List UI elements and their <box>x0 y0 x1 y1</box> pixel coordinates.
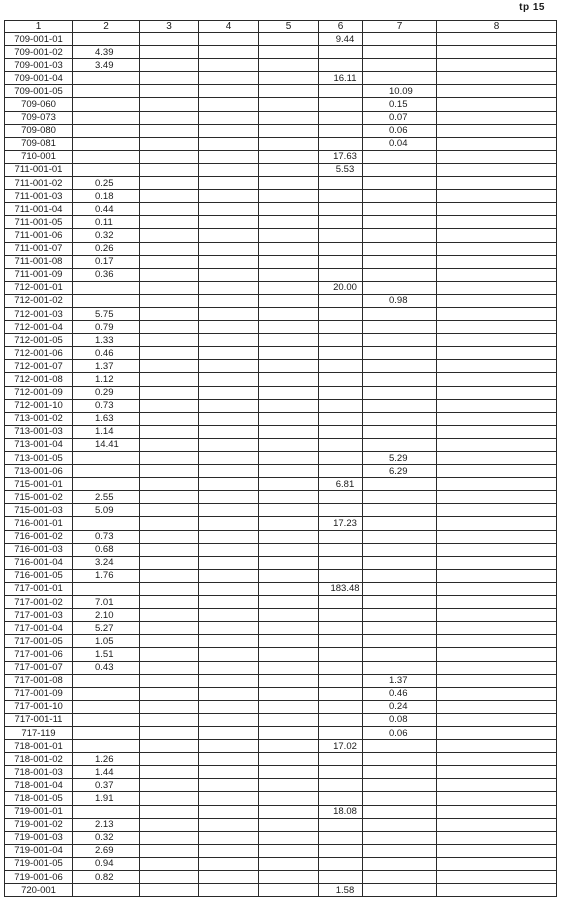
value-cell-col-8 <box>437 740 557 753</box>
value-cell-col-3 <box>140 150 199 163</box>
value-cell-col-4 <box>199 465 259 478</box>
value-cell-col-2: 1.12 <box>73 373 140 386</box>
value-cell-col-4 <box>199 674 259 687</box>
table-row: 712-001-020.98 <box>5 294 557 307</box>
value-cell-col-6: 16.11 <box>319 72 363 85</box>
value-cell-col-4 <box>199 281 259 294</box>
value-cell-col-3 <box>140 465 199 478</box>
value-cell-col-7 <box>363 203 437 216</box>
value-cell-col-6 <box>319 556 363 569</box>
value-cell-col-3 <box>140 347 199 360</box>
table-row: 719-001-030.32 <box>5 831 557 844</box>
table-row: 713-001-0414.41 <box>5 438 557 451</box>
row-code-cell: 719-001-03 <box>5 831 73 844</box>
value-cell-col-2: 2.13 <box>73 818 140 831</box>
row-code-cell: 719-001-05 <box>5 857 73 870</box>
value-cell-col-5 <box>259 517 319 530</box>
value-cell-col-5 <box>259 726 319 739</box>
value-cell-col-3 <box>140 687 199 700</box>
value-cell-col-8 <box>437 884 557 897</box>
value-cell-col-2: 0.37 <box>73 779 140 792</box>
value-cell-col-8 <box>437 177 557 190</box>
value-cell-col-3 <box>140 321 199 334</box>
value-cell-col-5 <box>259 59 319 72</box>
value-cell-col-3 <box>140 452 199 465</box>
row-code-cell: 712-001-03 <box>5 307 73 320</box>
value-cell-col-8 <box>437 818 557 831</box>
value-cell-col-7: 6.29 <box>363 465 437 478</box>
value-cell-col-8 <box>437 33 557 46</box>
row-code-cell: 712-001-10 <box>5 399 73 412</box>
table-row: 712-001-0120.00 <box>5 281 557 294</box>
table-row: 717-001-090.46 <box>5 687 557 700</box>
value-cell-col-5 <box>259 792 319 805</box>
value-cell-col-7 <box>363 373 437 386</box>
value-cell-col-6 <box>319 412 363 425</box>
value-cell-col-7 <box>363 216 437 229</box>
value-cell-col-7 <box>363 334 437 347</box>
row-code-cell: 715-001-01 <box>5 478 73 491</box>
table-row: 718-001-031.44 <box>5 766 557 779</box>
value-cell-col-2: 3.24 <box>73 556 140 569</box>
value-cell-col-5 <box>259 294 319 307</box>
value-cell-col-6 <box>319 871 363 884</box>
value-cell-col-7 <box>363 163 437 176</box>
value-cell-col-3 <box>140 726 199 739</box>
value-cell-col-5 <box>259 98 319 111</box>
value-cell-col-7 <box>363 884 437 897</box>
row-code-cell: 717-001-03 <box>5 609 73 622</box>
value-cell-col-3 <box>140 556 199 569</box>
row-code-cell: 718-001-01 <box>5 740 73 753</box>
table-row: 713-001-055.29 <box>5 452 557 465</box>
table-row: 716-001-020.73 <box>5 530 557 543</box>
value-cell-col-2: 1.91 <box>73 792 140 805</box>
value-cell-col-2: 0.44 <box>73 203 140 216</box>
row-code-cell: 712-001-09 <box>5 386 73 399</box>
column-header-4: 4 <box>199 21 259 33</box>
value-cell-col-3 <box>140 373 199 386</box>
value-cell-col-5 <box>259 805 319 818</box>
value-cell-col-2: 0.11 <box>73 216 140 229</box>
value-cell-col-3 <box>140 844 199 857</box>
value-cell-col-3 <box>140 648 199 661</box>
value-cell-col-6 <box>319 386 363 399</box>
value-cell-col-5 <box>259 386 319 399</box>
value-cell-col-2 <box>73 805 140 818</box>
value-cell-col-3 <box>140 386 199 399</box>
value-cell-col-6 <box>319 687 363 700</box>
table-row: 712-001-071.37 <box>5 360 557 373</box>
value-cell-col-6 <box>319 713 363 726</box>
value-cell-col-7 <box>363 72 437 85</box>
row-code-cell: 717-001-04 <box>5 622 73 635</box>
value-cell-col-4 <box>199 818 259 831</box>
value-cell-col-7 <box>363 360 437 373</box>
value-cell-col-6: 6.81 <box>319 478 363 491</box>
value-cell-col-8 <box>437 255 557 268</box>
value-cell-col-2 <box>73 465 140 478</box>
table-row: 717-001-027.01 <box>5 596 557 609</box>
value-cell-col-7 <box>363 46 437 59</box>
table-row: 711-001-080.17 <box>5 255 557 268</box>
value-cell-col-5 <box>259 687 319 700</box>
value-cell-col-7: 0.04 <box>363 137 437 150</box>
value-cell-col-8 <box>437 857 557 870</box>
value-cell-col-7 <box>363 857 437 870</box>
value-cell-col-5 <box>259 229 319 242</box>
value-cell-col-6 <box>319 766 363 779</box>
value-cell-col-6 <box>319 452 363 465</box>
table-row: 719-001-022.13 <box>5 818 557 831</box>
table-row: 709-0730.07 <box>5 111 557 124</box>
value-cell-col-7: 0.08 <box>363 713 437 726</box>
table-row: 711-001-030.18 <box>5 190 557 203</box>
value-cell-col-5 <box>259 321 319 334</box>
value-cell-col-8 <box>437 281 557 294</box>
value-cell-col-7: 0.06 <box>363 726 437 739</box>
value-cell-col-6 <box>319 818 363 831</box>
value-cell-col-4 <box>199 386 259 399</box>
row-code-cell: 717-001-09 <box>5 687 73 700</box>
value-cell-col-8 <box>437 203 557 216</box>
value-cell-col-4 <box>199 255 259 268</box>
value-cell-col-2 <box>73 163 140 176</box>
value-cell-col-8 <box>437 229 557 242</box>
value-cell-col-4 <box>199 491 259 504</box>
table-row: 718-001-051.91 <box>5 792 557 805</box>
value-cell-col-8 <box>437 491 557 504</box>
value-cell-col-8 <box>437 609 557 622</box>
row-code-cell: 709-080 <box>5 124 73 137</box>
value-cell-col-6 <box>319 530 363 543</box>
value-cell-col-6 <box>319 59 363 72</box>
value-cell-col-8 <box>437 347 557 360</box>
row-code-cell: 709-081 <box>5 137 73 150</box>
value-cell-col-6 <box>319 177 363 190</box>
value-cell-col-5 <box>259 255 319 268</box>
value-cell-col-5 <box>259 33 319 46</box>
row-code-cell: 712-001-06 <box>5 347 73 360</box>
table-row: 717-001-061.51 <box>5 648 557 661</box>
value-cell-col-2 <box>73 150 140 163</box>
value-cell-col-7 <box>363 831 437 844</box>
value-cell-col-7: 0.98 <box>363 294 437 307</box>
value-cell-col-3 <box>140 111 199 124</box>
row-code-cell: 712-001-08 <box>5 373 73 386</box>
value-cell-col-5 <box>259 425 319 438</box>
row-code-cell: 711-001-05 <box>5 216 73 229</box>
table-row: 719-001-060.82 <box>5 871 557 884</box>
table-row: 715-001-022.55 <box>5 491 557 504</box>
value-cell-col-5 <box>259 478 319 491</box>
value-cell-col-4 <box>199 596 259 609</box>
value-cell-col-6 <box>319 46 363 59</box>
value-cell-col-3 <box>140 517 199 530</box>
value-cell-col-4 <box>199 543 259 556</box>
value-cell-col-3 <box>140 412 199 425</box>
value-cell-col-8 <box>437 46 557 59</box>
table-row: 716-001-030.68 <box>5 543 557 556</box>
value-cell-col-6: 18.08 <box>319 805 363 818</box>
value-cell-col-2: 0.25 <box>73 177 140 190</box>
value-cell-col-2: 1.51 <box>73 648 140 661</box>
value-cell-col-2 <box>73 111 140 124</box>
table-row: 717-001-110.08 <box>5 713 557 726</box>
value-cell-col-5 <box>259 530 319 543</box>
value-cell-col-3 <box>140 190 199 203</box>
value-cell-col-6 <box>319 111 363 124</box>
value-cell-col-8 <box>437 124 557 137</box>
row-code-cell: 717-001-01 <box>5 582 73 595</box>
value-cell-col-3 <box>140 569 199 582</box>
table-row: 715-001-035.09 <box>5 504 557 517</box>
value-cell-col-8 <box>437 805 557 818</box>
value-cell-col-5 <box>259 360 319 373</box>
value-cell-col-5 <box>259 399 319 412</box>
value-cell-col-4 <box>199 661 259 674</box>
row-code-cell: 717-001-11 <box>5 713 73 726</box>
value-cell-col-6 <box>319 294 363 307</box>
value-cell-col-2 <box>73 281 140 294</box>
table-row: 709-001-033.49 <box>5 59 557 72</box>
value-cell-col-7: 5.29 <box>363 452 437 465</box>
value-cell-col-6 <box>319 792 363 805</box>
row-code-cell: 718-001-04 <box>5 779 73 792</box>
row-code-cell: 710-001 <box>5 150 73 163</box>
value-cell-col-7: 0.06 <box>363 124 437 137</box>
value-cell-col-8 <box>437 72 557 85</box>
column-header-8: 8 <box>437 21 557 33</box>
value-cell-col-3 <box>140 307 199 320</box>
value-cell-col-4 <box>199 203 259 216</box>
value-cell-col-4 <box>199 111 259 124</box>
value-cell-col-3 <box>140 831 199 844</box>
column-header-1: 1 <box>5 21 73 33</box>
page-number: tp 15 <box>519 2 545 13</box>
value-cell-col-3 <box>140 805 199 818</box>
value-cell-col-4 <box>199 72 259 85</box>
value-cell-col-5 <box>259 281 319 294</box>
value-cell-col-8 <box>437 137 557 150</box>
value-cell-col-8 <box>437 661 557 674</box>
value-cell-col-7 <box>363 321 437 334</box>
value-cell-col-2: 7.01 <box>73 596 140 609</box>
value-cell-col-4 <box>199 530 259 543</box>
value-cell-col-4 <box>199 700 259 713</box>
value-cell-col-4 <box>199 307 259 320</box>
row-code-cell: 713-001-02 <box>5 412 73 425</box>
table-row: 711-001-050.11 <box>5 216 557 229</box>
table-row: 709-001-019.44 <box>5 33 557 46</box>
value-cell-col-3 <box>140 438 199 451</box>
value-cell-col-8 <box>437 242 557 255</box>
table-row: 718-001-040.37 <box>5 779 557 792</box>
value-cell-col-5 <box>259 569 319 582</box>
value-cell-col-8 <box>437 582 557 595</box>
row-code-cell: 717-001-02 <box>5 596 73 609</box>
value-cell-col-4 <box>199 779 259 792</box>
row-code-cell: 712-001-01 <box>5 281 73 294</box>
table-row: 709-0600.15 <box>5 98 557 111</box>
value-cell-col-7 <box>363 792 437 805</box>
value-cell-col-5 <box>259 753 319 766</box>
value-cell-col-6 <box>319 491 363 504</box>
value-cell-col-6 <box>319 569 363 582</box>
value-cell-col-7: 10.09 <box>363 85 437 98</box>
value-cell-col-7 <box>363 582 437 595</box>
value-cell-col-8 <box>437 596 557 609</box>
value-cell-col-8 <box>437 268 557 281</box>
value-cell-col-3 <box>140 177 199 190</box>
column-header-5: 5 <box>259 21 319 33</box>
value-cell-col-6: 5.53 <box>319 163 363 176</box>
row-code-cell: 717-001-07 <box>5 661 73 674</box>
value-cell-col-7 <box>363 543 437 556</box>
row-code-cell: 716-001-04 <box>5 556 73 569</box>
value-cell-col-4 <box>199 46 259 59</box>
value-cell-col-7 <box>363 386 437 399</box>
value-cell-col-7 <box>363 33 437 46</box>
table-row: 711-001-090.36 <box>5 268 557 281</box>
row-code-cell: 713-001-04 <box>5 438 73 451</box>
value-cell-col-3 <box>140 884 199 897</box>
value-cell-col-5 <box>259 713 319 726</box>
value-cell-col-3 <box>140 268 199 281</box>
value-cell-col-4 <box>199 425 259 438</box>
row-code-cell: 711-001-03 <box>5 190 73 203</box>
value-cell-col-5 <box>259 72 319 85</box>
ledger-body: 709-001-019.44709-001-024.39709-001-033.… <box>5 33 557 897</box>
value-cell-col-2: 1.14 <box>73 425 140 438</box>
value-cell-col-2: 5.75 <box>73 307 140 320</box>
value-cell-col-2: 0.17 <box>73 255 140 268</box>
row-code-cell: 712-001-02 <box>5 294 73 307</box>
value-cell-col-8 <box>437 438 557 451</box>
value-cell-col-2: 2.69 <box>73 844 140 857</box>
row-code-cell: 711-001-07 <box>5 242 73 255</box>
table-row: 712-001-100.73 <box>5 399 557 412</box>
row-code-cell: 718-001-05 <box>5 792 73 805</box>
value-cell-col-6 <box>319 307 363 320</box>
value-cell-col-8 <box>437 111 557 124</box>
row-code-cell: 713-001-05 <box>5 452 73 465</box>
row-code-cell: 709-001-01 <box>5 33 73 46</box>
row-code-cell: 711-001-06 <box>5 229 73 242</box>
value-cell-col-3 <box>140 294 199 307</box>
value-cell-col-5 <box>259 150 319 163</box>
value-cell-col-5 <box>259 46 319 59</box>
table-row: 717-001-100.24 <box>5 700 557 713</box>
value-cell-col-3 <box>140 46 199 59</box>
value-cell-col-8 <box>437 713 557 726</box>
row-code-cell: 712-001-04 <box>5 321 73 334</box>
value-cell-col-2: 0.26 <box>73 242 140 255</box>
value-cell-col-8 <box>437 163 557 176</box>
table-row: 712-001-040.79 <box>5 321 557 334</box>
value-cell-col-4 <box>199 347 259 360</box>
row-code-cell: 715-001-03 <box>5 504 73 517</box>
value-cell-col-2 <box>73 85 140 98</box>
value-cell-col-8 <box>437 360 557 373</box>
value-cell-col-6 <box>319 635 363 648</box>
value-cell-col-5 <box>259 504 319 517</box>
value-cell-col-5 <box>259 740 319 753</box>
value-cell-col-4 <box>199 713 259 726</box>
value-cell-col-6 <box>319 674 363 687</box>
value-cell-col-6: 17.63 <box>319 150 363 163</box>
ledger-table: 12345678 709-001-019.44709-001-024.39709… <box>4 20 557 897</box>
value-cell-col-8 <box>437 150 557 163</box>
row-code-cell: 711-001-01 <box>5 163 73 176</box>
value-cell-col-8 <box>437 517 557 530</box>
value-cell-col-2: 0.73 <box>73 399 140 412</box>
value-cell-col-7 <box>363 504 437 517</box>
table-row: 711-001-015.53 <box>5 163 557 176</box>
value-cell-col-5 <box>259 465 319 478</box>
table-row: 711-001-060.32 <box>5 229 557 242</box>
value-cell-col-7: 0.07 <box>363 111 437 124</box>
row-code-cell: 719-001-06 <box>5 871 73 884</box>
value-cell-col-3 <box>140 779 199 792</box>
table-row: 717-1190.06 <box>5 726 557 739</box>
value-cell-col-5 <box>259 674 319 687</box>
value-cell-col-3 <box>140 72 199 85</box>
value-cell-col-8 <box>437 779 557 792</box>
table-row: 709-001-0416.11 <box>5 72 557 85</box>
value-cell-col-8 <box>437 307 557 320</box>
value-cell-col-2: 2.55 <box>73 491 140 504</box>
row-code-cell: 709-001-02 <box>5 46 73 59</box>
row-code-cell: 718-001-03 <box>5 766 73 779</box>
table-row: 719-001-0118.08 <box>5 805 557 818</box>
value-cell-col-5 <box>259 216 319 229</box>
value-cell-col-4 <box>199 687 259 700</box>
value-cell-col-8 <box>437 386 557 399</box>
value-cell-col-7 <box>363 412 437 425</box>
value-cell-col-5 <box>259 268 319 281</box>
value-cell-col-2: 14.41 <box>73 438 140 451</box>
table-row: 716-001-043.24 <box>5 556 557 569</box>
value-cell-col-4 <box>199 635 259 648</box>
value-cell-col-8 <box>437 85 557 98</box>
value-cell-col-6 <box>319 438 363 451</box>
value-cell-col-5 <box>259 190 319 203</box>
value-cell-col-3 <box>140 98 199 111</box>
value-cell-col-6 <box>319 661 363 674</box>
row-code-cell: 711-001-08 <box>5 255 73 268</box>
value-cell-col-3 <box>140 661 199 674</box>
value-cell-col-4 <box>199 766 259 779</box>
value-cell-col-6 <box>319 753 363 766</box>
column-header-6: 6 <box>319 21 363 33</box>
value-cell-col-4 <box>199 504 259 517</box>
value-cell-col-8 <box>437 700 557 713</box>
value-cell-col-5 <box>259 438 319 451</box>
value-cell-col-4 <box>199 792 259 805</box>
table-row: 710-00117.63 <box>5 150 557 163</box>
value-cell-col-3 <box>140 33 199 46</box>
value-cell-col-5 <box>259 871 319 884</box>
value-cell-col-6 <box>319 465 363 478</box>
row-code-cell: 717-001-05 <box>5 635 73 648</box>
value-cell-col-7: 0.24 <box>363 700 437 713</box>
value-cell-col-7 <box>363 766 437 779</box>
value-cell-col-2: 2.10 <box>73 609 140 622</box>
value-cell-col-5 <box>259 596 319 609</box>
value-cell-col-4 <box>199 438 259 451</box>
value-cell-col-4 <box>199 805 259 818</box>
